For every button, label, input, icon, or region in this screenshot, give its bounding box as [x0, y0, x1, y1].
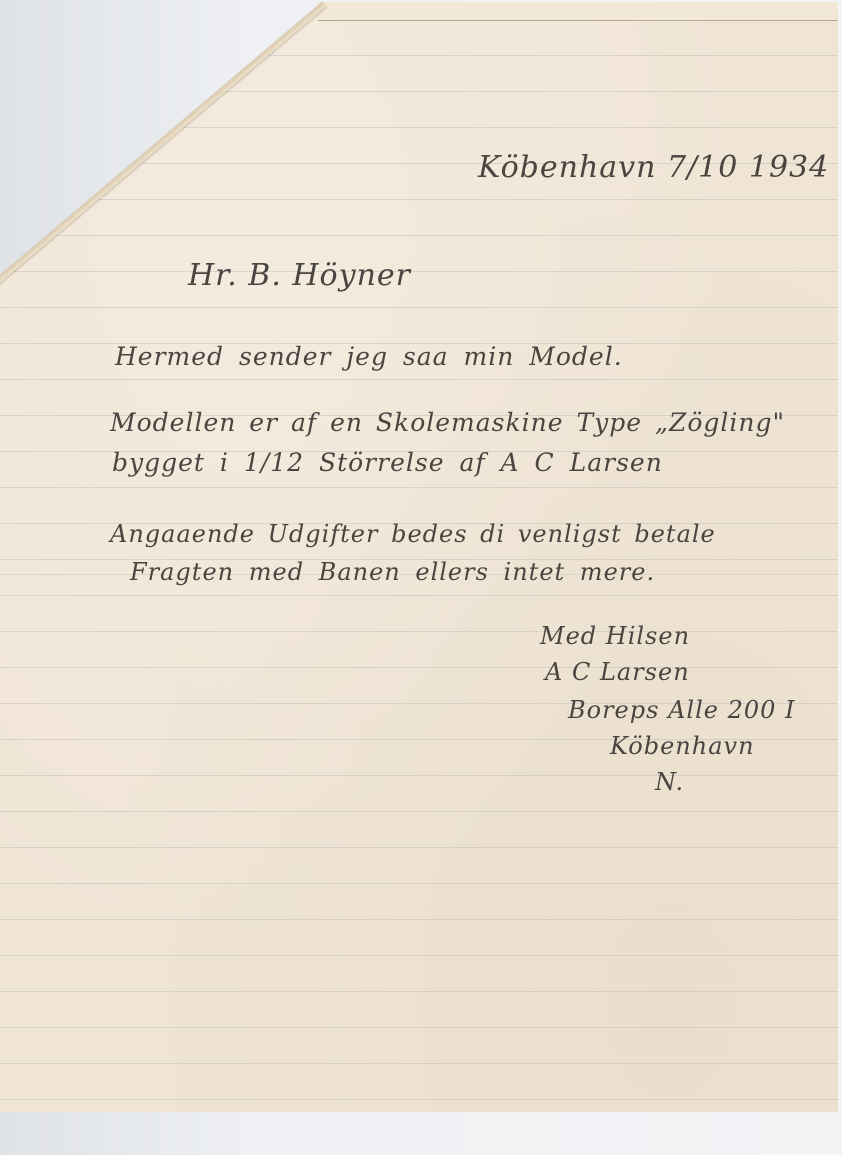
salutation: Hr. B. Höyner	[188, 258, 411, 293]
body-line-3: bygget i 1/12 Störrelse af A C Larsen	[112, 448, 663, 477]
bleed-through-text	[150, 620, 157, 645]
sender-street: Boreps Alle 200 I	[568, 696, 796, 724]
sender-city: Köbenhavn	[610, 732, 755, 760]
folded-sheet-top-edge	[318, 2, 838, 21]
sender-district: N.	[655, 768, 684, 796]
body-line-2: Modellen er af en Skolemaskine Type „Zög…	[110, 408, 785, 437]
signer-name: A C Larsen	[545, 658, 690, 686]
body-line-1: Hermed sender jeg saa min Model.	[115, 342, 623, 371]
letter-sheet: Köbenhavn 7/10 1934 Hr. B. Höyner Hermed…	[0, 12, 838, 1112]
body-line-4: Angaaende Udgifter bedes di venligst bet…	[110, 520, 716, 548]
closing: Med Hilsen	[540, 622, 690, 650]
body-line-5: Fragten med Banen ellers intet mere.	[130, 558, 655, 586]
place-and-date: Köbenhavn 7/10 1934	[478, 150, 829, 185]
